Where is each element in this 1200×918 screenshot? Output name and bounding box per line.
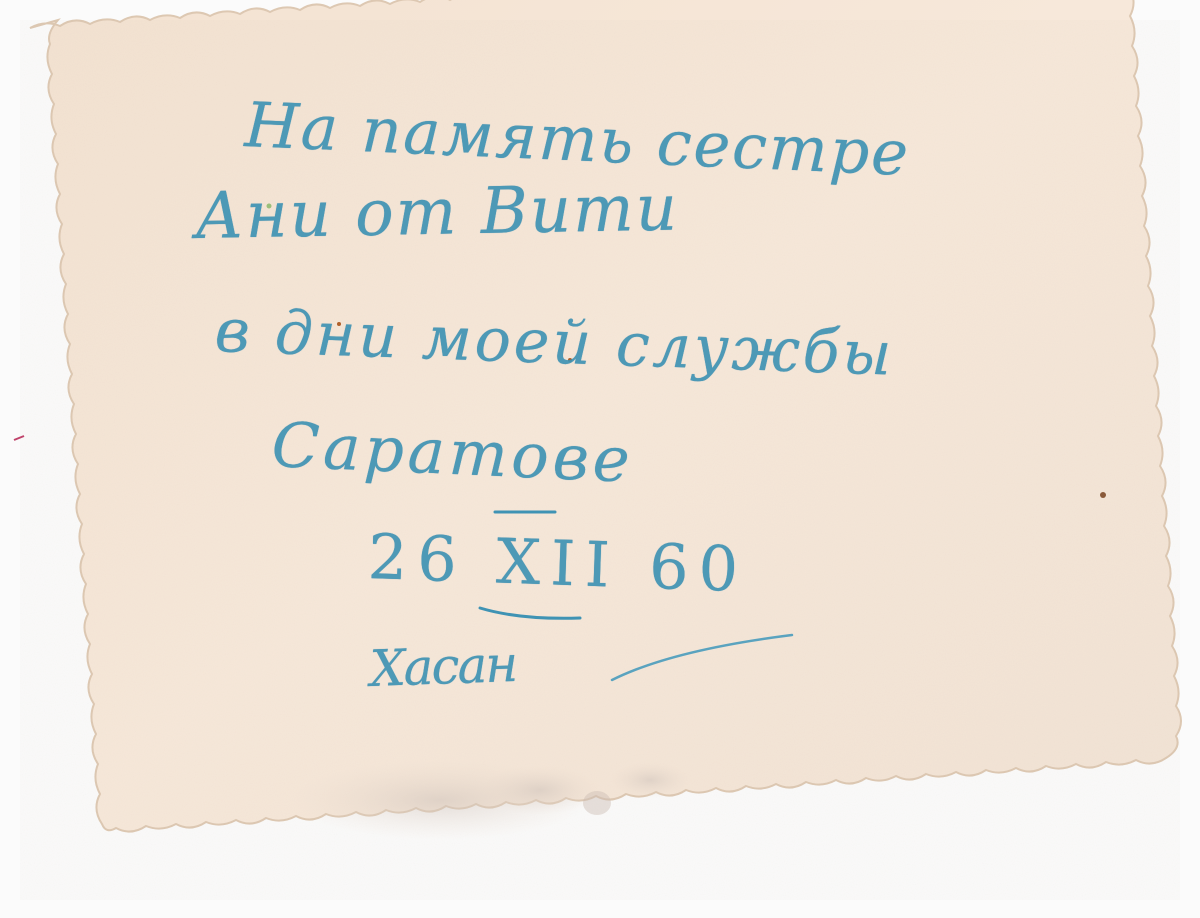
- signature: Хасан: [369, 635, 517, 698]
- stain: [583, 791, 611, 815]
- inscription-date: 26 XII 60: [367, 520, 750, 606]
- stain: [480, 765, 600, 815]
- stain: [610, 762, 690, 798]
- inscription-line-2: Ани от Вити: [194, 172, 679, 254]
- speck: [1100, 492, 1106, 498]
